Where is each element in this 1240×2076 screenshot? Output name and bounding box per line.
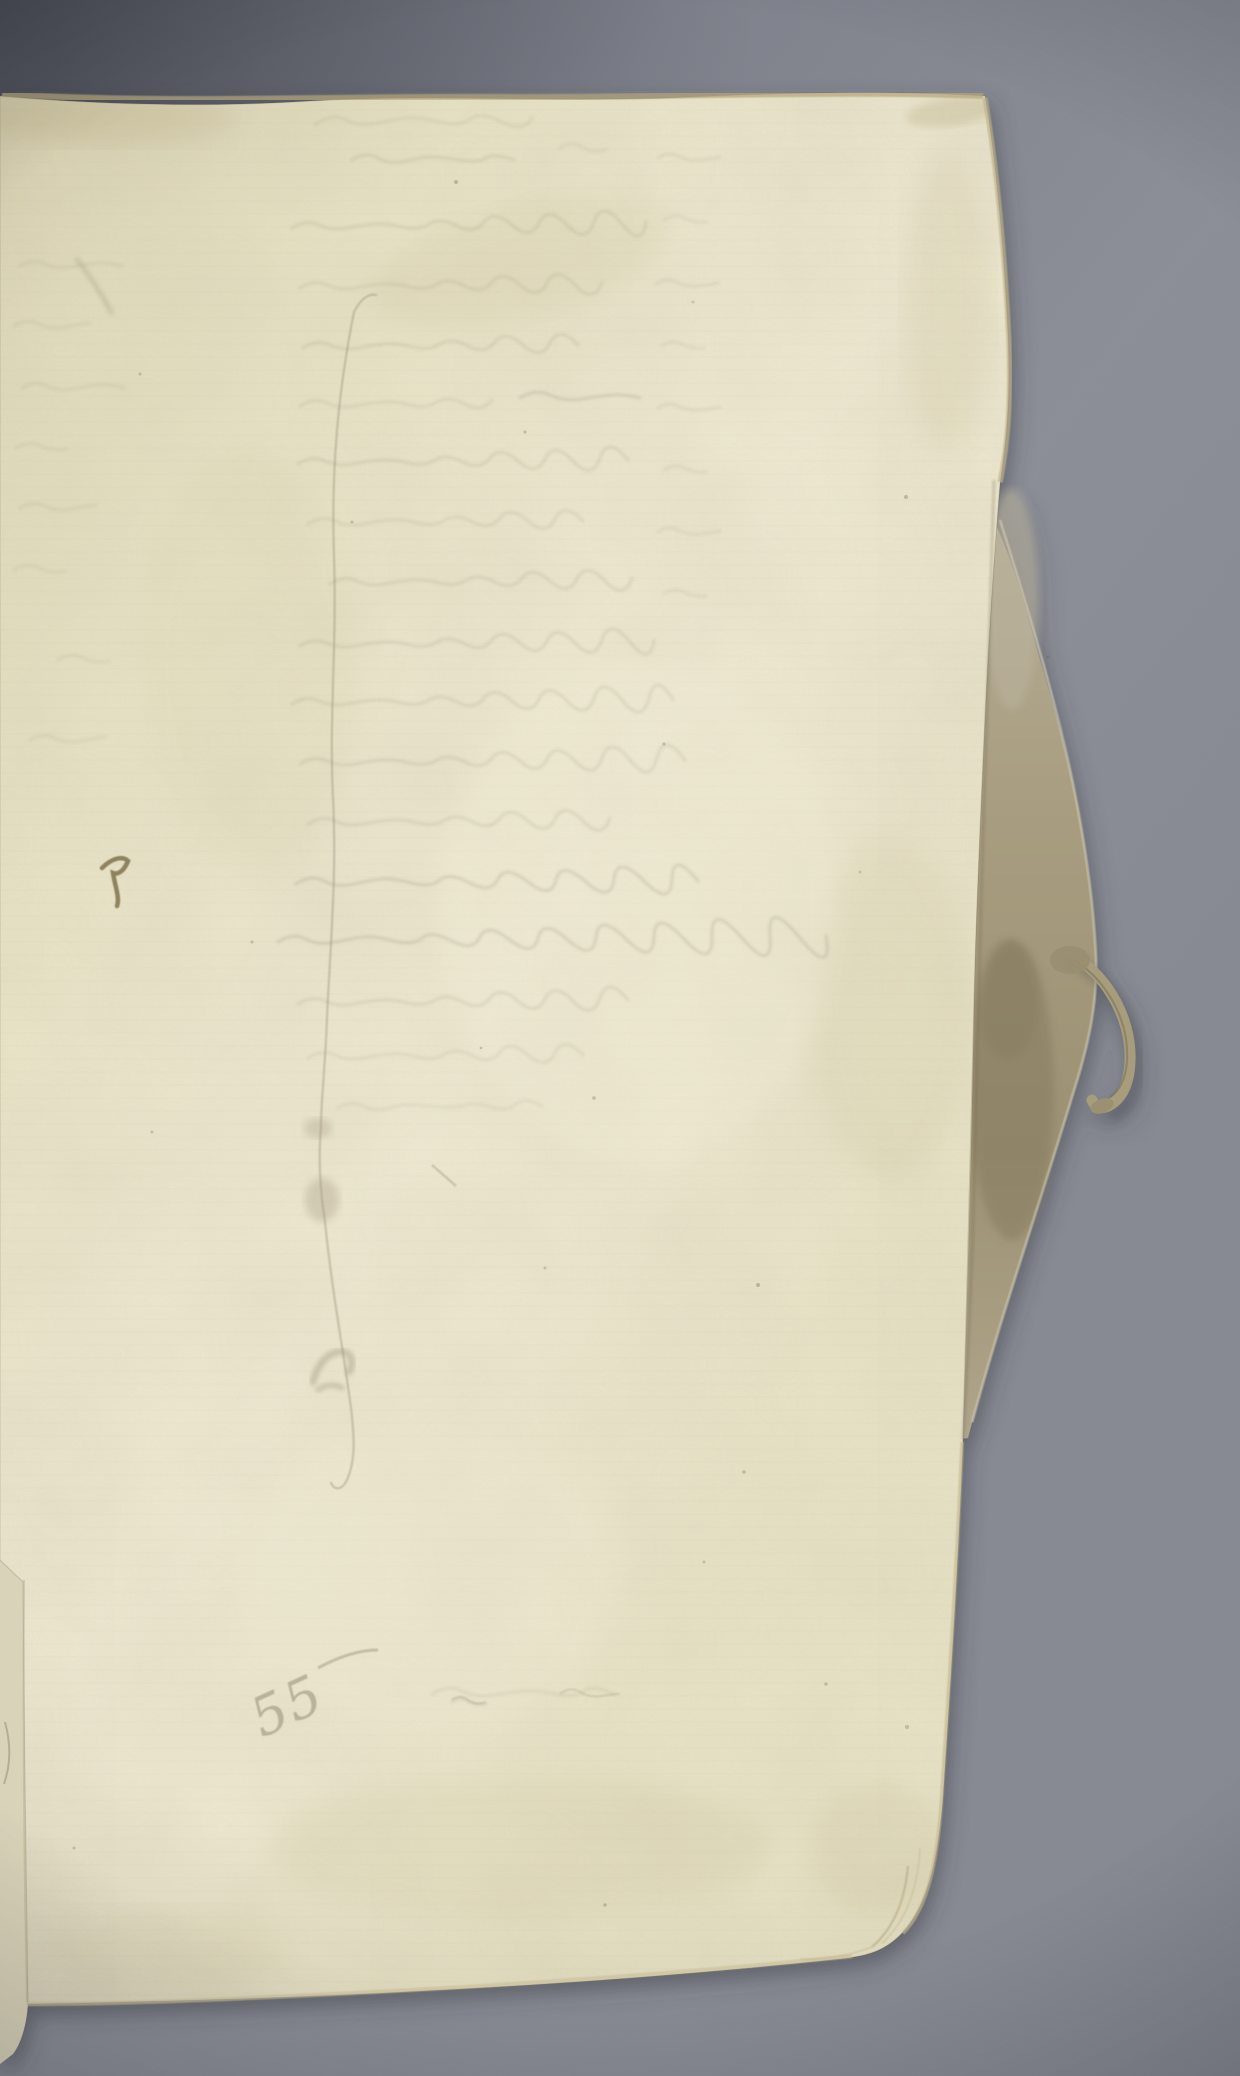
manuscript-photo-canvas: 55 (0, 0, 1240, 2076)
photo-vignette (0, 0, 1240, 2076)
photograph-of-notebook-page: 55 (0, 0, 1240, 2076)
